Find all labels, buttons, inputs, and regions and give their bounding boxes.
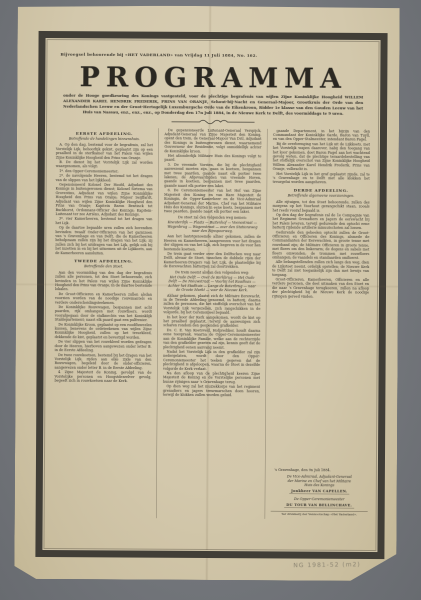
column-first: EERSTE AFDEELING.Betreffende de handelin… [54, 127, 153, 518]
body-paragraph: Alle belangstellenden zullen zich langs … [272, 260, 369, 277]
body-paragraph: 5. De vreemde Vorsten, die bij de plecht… [164, 163, 261, 189]
body-paragraph: Alle rijtuigen, tot den Stoet behoorende… [272, 200, 369, 213]
signature-name-text: Jonkheer VAN CAPELLEN. [289, 489, 349, 495]
body-paragraph: Aan den voormiddag van den dag der begra… [55, 270, 152, 292]
route-line: Het Oude Delft — Over de Kerkbrug — Het … [167, 275, 258, 292]
intro-paragraph: onder de Hooge goedkeuring des Konings v… [63, 93, 363, 116]
body-paragraph: De Koninklijke Kroon, geplaatst op een r… [55, 322, 152, 339]
section-subtitle: Betreffende de handelingen binnenshuis. [56, 137, 153, 142]
body-paragraph: Op de daartoe bepaalde uren zullen zich … [55, 226, 152, 256]
poster-document: Bijvoegsel behoorende bij «HET VADERLAND… [14, 5, 399, 581]
printer-imprint: Ter drukkerij der Vennootschap «Het Vade… [271, 511, 368, 517]
body-paragraph: Gepensioneerd Kolonel Der Hoofd, Adjudan… [55, 183, 152, 217]
three-column-body: EERSTE AFDEELING.Betreffende de handelin… [54, 127, 370, 519]
signature-block: 's Gravenhage, den 9n Juli 1884. De Vice… [271, 468, 368, 520]
printed-content: Bijvoegsel behoorende bij «HET VADERLAND… [42, 38, 380, 552]
mourning-border-frame: Bijvoegsel behoorende bij «HET VADERLAND… [35, 31, 387, 559]
body-paragraph: In het koor der Kerk aangekomen, wordt d… [163, 315, 260, 328]
body-paragraph: Bij de overbrenging van het Lijk uit de … [273, 142, 370, 172]
body-paragraph: De stoet zal den volgenden weg nemen: [164, 215, 261, 220]
body-paragraph: Na den afloop van de plechtigheid keeren… [163, 371, 260, 384]
body-paragraph: De trein neemt alsdan den volgenden weg: [164, 270, 261, 275]
column-third-text: gaande Departement, in het bijzijn van d… [272, 129, 370, 300]
body-paragraph: De twee rouwkoetsen, bestemd bij het dra… [55, 353, 152, 370]
column-third: gaande Departement, in het bijzijn van d… [265, 129, 370, 520]
masthead-line: Bijvoegsel behoorende bij «HET VADERLAND… [60, 52, 370, 58]
body-paragraph: De vier slippen van het rouwkleed worden… [55, 340, 152, 353]
signature-name-text: DU TOUR VAN BELLINCHAVE. [284, 503, 354, 509]
signature-role: Huis des Konings [271, 483, 368, 488]
body-paragraph: 2º. de navolgende Heeren, bestemd tot he… [56, 174, 153, 183]
body-paragraph: Het afzonderlijk Militaire Huis des Koni… [164, 154, 261, 163]
body-paragraph: De Koninklijke Rouwwagen, bespannen met … [55, 305, 152, 322]
section-subtitle: Betreffende algemeene voorzieningen. [273, 194, 370, 199]
body-paragraph: 4. Zijne Majesteit de Koning, gevolgd va… [54, 370, 151, 383]
signature-name: DU TOUR VAN BELLINCHAVE. [271, 503, 368, 509]
body-paragraph: A. Op den dag, bestemd voor de begrafeni… [56, 143, 153, 160]
body-paragraph: Gedurende den geheelen optocht zullen de… [272, 230, 369, 260]
section-heading: TWEEDE AFDEELING. [55, 259, 152, 264]
body-paragraph: Op den dag der begrafenis zal de 1e Comp… [272, 213, 369, 230]
body-paragraph: 6. De Ceremoniemeester van het Hof van Z… [164, 188, 261, 214]
section-subtitle: Betreffende den Stoet. [55, 264, 152, 269]
section-heading: DERDE AFDEELING. [273, 188, 370, 193]
body-paragraph: Groot-Officieren, Kamerheeren, Officiere… [272, 277, 369, 299]
signature-role: De Opper-Ceremoniemeester [271, 497, 368, 502]
section-heading: EERSTE AFDEELING. [56, 131, 153, 136]
body-paragraph: Op dien weg zal het muziekkorps van het … [163, 384, 260, 397]
body-paragraph: 3º. vier Kamerheeren, bestemd tot het dr… [55, 217, 152, 226]
signature-date: 's Gravenhage, den 9n Juli 1884. [271, 468, 368, 473]
body-paragraph: Aan het laatstgenoemde alhier gekomen, z… [164, 234, 261, 251]
body-paragraph: Nadat het Vorstelijk Lijk in den grafkel… [163, 350, 260, 372]
body-paragraph: B. De dienst bij het Vorstelijk Lijk zal… [56, 160, 153, 169]
route-line: Kneuterdijk — Plaats — Buitenhof — Veene… [167, 220, 258, 233]
column-second: De gepensioneerde Luitenant-Generaal Ver… [156, 128, 261, 519]
body-paragraph: De Groot-Officieren en Kamerheeren zulle… [55, 292, 152, 305]
page-title: PROGRAMMA [56, 62, 370, 93]
body-paragraph: Aldaar gekomen, plaatst zich de Militair… [163, 294, 260, 316]
signature-name: Jonkheer VAN CAPELLEN. [271, 489, 368, 495]
body-paragraph: gaande Departement, in het bijzijn van d… [273, 129, 370, 142]
inventory-pencil-note: NG 1981-52 (m2) [293, 561, 360, 569]
ornament-divider-icon [56, 118, 370, 125]
body-paragraph: De trein gaat verder over den Delftschen… [164, 252, 261, 269]
body-paragraph: Het Vorstelijk Lijk in het graf geplaats… [273, 172, 370, 185]
body-paragraph: Ds. C. E. Van Koetsveld, Hofprediker, ho… [163, 328, 260, 350]
body-paragraph: De gepensioneerde Luitenant-Generaal Ver… [164, 128, 261, 154]
photo-background: Bijvoegsel behoorende bij «HET VADERLAND… [0, 0, 421, 600]
